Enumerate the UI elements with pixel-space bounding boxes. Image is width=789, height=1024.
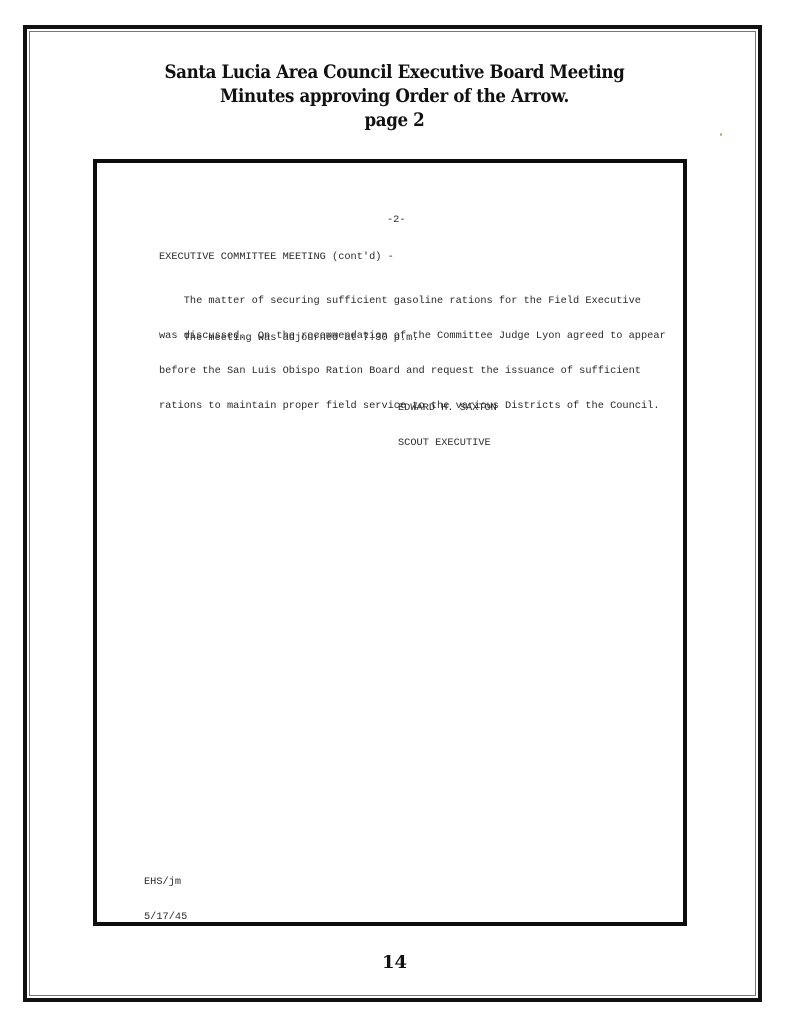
page-header: Santa Lucia Area Council Executive Board… bbox=[39, 61, 749, 133]
adjournment-line: The meeting was adjourned at 7:30 p.m. bbox=[159, 333, 419, 345]
scan-speck bbox=[720, 133, 722, 136]
scanned-document-frame: -2- EXECUTIVE COMMITTEE MEETING (cont'd)… bbox=[93, 159, 687, 926]
footer-page-number: 14 bbox=[0, 952, 789, 973]
signature-block: EDWARD H. SAXTON SCOUT EXECUTIVE bbox=[398, 380, 497, 473]
header-title-line-1: Santa Lucia Area Council Executive Board… bbox=[39, 61, 749, 85]
signature-title: SCOUT EXECUTIVE bbox=[398, 438, 497, 450]
document-page-marker: -2- bbox=[387, 215, 406, 227]
reference-block: EHS/jm 5/17/45 bbox=[144, 854, 187, 947]
header-title-line-3: page 2 bbox=[39, 109, 749, 133]
document-date: 5/17/45 bbox=[144, 912, 187, 924]
paragraph-line: The matter of securing sufficient gasoli… bbox=[159, 296, 666, 308]
document-heading: EXECUTIVE COMMITTEE MEETING (cont'd) - bbox=[159, 252, 394, 264]
paragraph-line: before the San Luis Obispo Ration Board … bbox=[159, 366, 666, 378]
reference-initials: EHS/jm bbox=[144, 877, 187, 889]
header-title-line-2: Minutes approving Order of the Arrow. bbox=[39, 85, 749, 109]
signature-name: EDWARD H. SAXTON bbox=[398, 403, 497, 415]
